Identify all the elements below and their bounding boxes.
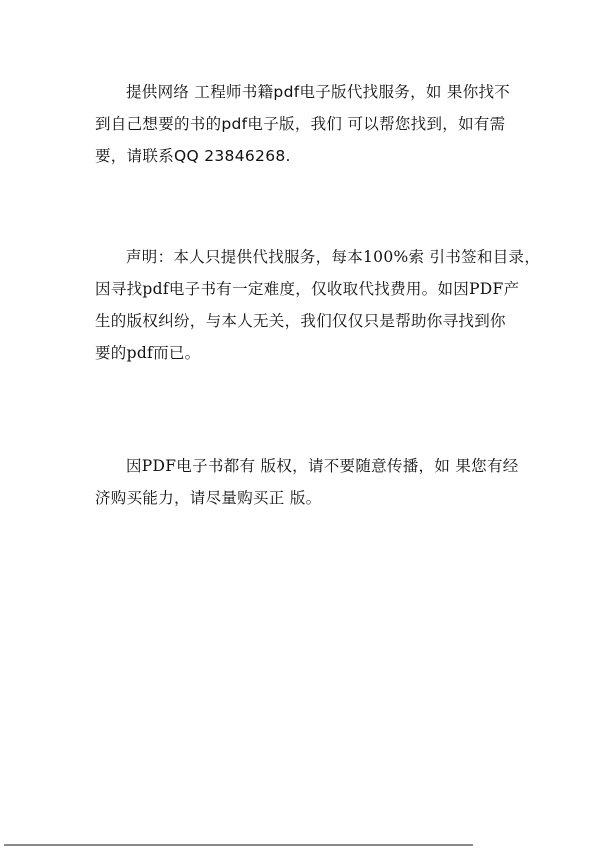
text-line: 提供网络 工程师书籍pdf电子版代找服务，如 果你找不 xyxy=(95,76,535,108)
text-line: 到自己想要的书的pdf电子版，我们 可以帮您找到，如有需 xyxy=(95,108,535,140)
paragraph-disclaimer: 声明：本人只提供代找服务，每本100%索 引书签和目录， 因寻找pdf电子书有一… xyxy=(95,241,535,369)
paragraph-copyright-notice: 因PDF电子书都有 版权，请不要随意传播，如 果您有经 济购买能力，请尽量购买正… xyxy=(95,450,535,514)
footer-divider xyxy=(4,844,473,846)
text-line: 声明：本人只提供代找服务，每本100%索 引书签和目录， xyxy=(95,241,535,273)
text-line: 济购买能力，请尽量购买正 版。 xyxy=(95,482,535,514)
text-line: 因寻找pdf电子书有一定难度，仅收取代找费用。如因PDF产 xyxy=(95,273,535,305)
paragraph-service-offer: 提供网络 工程师书籍pdf电子版代找服务，如 果你找不 到自己想要的书的pdf电… xyxy=(95,76,535,172)
text-line: 要的pdf而已。 xyxy=(95,337,535,369)
document-page: 提供网络 工程师书籍pdf电子版代找服务，如 果你找不 到自己想要的书的pdf电… xyxy=(0,0,600,851)
text-line: 生的版权纠纷，与本人无关，我们仅仅只是帮助你寻找到你 xyxy=(95,305,535,337)
text-line: 要，请联系QQ 23846268. xyxy=(95,140,535,172)
text-line: 因PDF电子书都有 版权，请不要随意传播，如 果您有经 xyxy=(95,450,535,482)
